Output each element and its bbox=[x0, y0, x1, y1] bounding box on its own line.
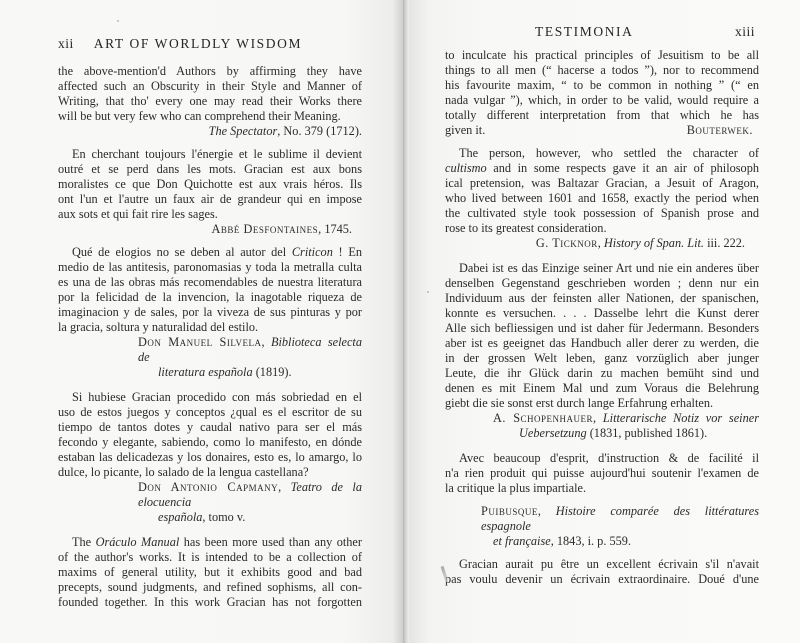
text-line: his favourite maxim, “ to be common in n… bbox=[445, 78, 759, 93]
text-fragment: ! En bbox=[333, 245, 362, 259]
text-line: medio de las antitesis, paronomasias y t… bbox=[58, 260, 362, 275]
text-line: la critique la plus impartiale. bbox=[445, 481, 759, 496]
text-line: aber ist es geeignet das Handbuch aller … bbox=[445, 336, 759, 351]
text-line: nada vulgar ”), which, in order to be va… bbox=[445, 93, 759, 108]
running-head-title-right: TESTIMONIA bbox=[535, 24, 634, 40]
paragraph-puibusque: Avec beaucoup d'esprit, d'instruction & … bbox=[445, 451, 759, 496]
citation-silvela: Don Manuel Silvela, Biblioteca selecta d… bbox=[58, 335, 362, 380]
citation-source-title: The Spectator bbox=[209, 124, 278, 138]
left-page: xiiART OF WORLDLY WISDOM the above-menti… bbox=[0, 0, 405, 643]
citation-source-title: literatura española bbox=[158, 365, 253, 379]
text-fragment: The bbox=[72, 535, 96, 549]
text-line: es una de las obras más recomendables de… bbox=[58, 275, 362, 290]
citation-puibusque: Puibusque, Histoire comparée des littéra… bbox=[445, 504, 759, 549]
text-line: por la felicidad de la invencion, la ina… bbox=[58, 290, 362, 305]
citation-source-detail: (1831, published 1861). bbox=[587, 426, 708, 440]
citation-source-detail: , 1745. bbox=[318, 222, 352, 236]
text-line: tiempo de tantos dotes y caudal nativo p… bbox=[58, 420, 362, 435]
citation-desfontaines: Abbé Desfontaines, 1745. bbox=[58, 222, 362, 237]
citation-source-title: española bbox=[158, 510, 202, 524]
citation-author: A. Schopenhauer bbox=[493, 411, 593, 425]
citation-source-title: Litterarische Notiz vor seiner bbox=[603, 411, 759, 425]
text-line: En cherchant toujours l'énergie et le su… bbox=[58, 147, 362, 162]
citation-spectator: The Spectator, No. 379 (1712). bbox=[58, 124, 362, 139]
right-running-head: TESTIMONIA xiii bbox=[445, 24, 759, 42]
citation-source-detail: iii. 222. bbox=[704, 236, 745, 250]
text-line: estaban las delicadezas y los donaires, … bbox=[58, 450, 362, 465]
citation-source-detail: (1819). bbox=[253, 365, 292, 379]
citation-source-detail: , tomo v. bbox=[202, 510, 245, 524]
text-line: totally different interpretation from th… bbox=[445, 108, 759, 123]
text-line: n'a rien produit qui puisse aujourd'hui … bbox=[445, 466, 759, 481]
citation-schopenhauer: A. Schopenhauer, Litterarische Notiz vor… bbox=[445, 411, 759, 441]
citation-source-title: Uebersetzung bbox=[519, 426, 587, 440]
citation-author: G. Ticknor bbox=[536, 236, 598, 250]
paragraph-spectator: the above-mention'd Authors by affirming… bbox=[58, 64, 362, 124]
text-line: imaginacion y de sales, por la viveza de… bbox=[58, 305, 362, 320]
citation-source-detail: , No. 379 (1712). bbox=[277, 124, 362, 138]
paragraph-ticknor: The person, however, who settled the cha… bbox=[445, 146, 759, 236]
text-line: Writing, that tho' every one may read th… bbox=[58, 94, 362, 109]
term-italic: cultismo bbox=[445, 161, 487, 175]
right-page: TESTIMONIA xiii to inculcate his practic… bbox=[409, 0, 800, 643]
text-line: the cultivated style took possession of … bbox=[445, 206, 759, 221]
text-fragment: given it. bbox=[445, 123, 485, 138]
text-line: founded together. In this work Gracian h… bbox=[58, 595, 362, 610]
text-line: to inculcate his practical principles of… bbox=[445, 48, 759, 63]
text-line: denen es mit Einem Mal und zum Voraus di… bbox=[445, 381, 759, 396]
text-line: konnte es versuchen. . . . Dasselbe lehr… bbox=[445, 306, 759, 321]
text-line: moralistes ce que Don Quichotte est aux … bbox=[58, 177, 362, 192]
text-line: giebt die sie sonst erst durch lange Erf… bbox=[445, 396, 759, 411]
text-line: dulce, lo picante, lo salado de la lengu… bbox=[58, 465, 362, 480]
paper-speck bbox=[427, 291, 429, 293]
text-line: Si hubiese Gracian procedido con más sob… bbox=[58, 390, 362, 405]
text-line: outré et se perd dans les mots. Gracian … bbox=[58, 162, 362, 177]
text-line: precepts, sound judgments, and refined s… bbox=[58, 580, 362, 595]
citation-author: Bouterwek. bbox=[687, 123, 753, 138]
left-text-column: the above-mention'd Authors by affirming… bbox=[58, 64, 362, 610]
citation-ticknor: G. Ticknor, History of Span. Lit. iii. 2… bbox=[445, 236, 759, 251]
page-number-left: xii bbox=[58, 36, 74, 51]
citation-author: Don Antonio Capmany bbox=[138, 480, 278, 494]
text-line: ont l'un et l'autre un faux air de grand… bbox=[58, 192, 362, 207]
book-title-italic: Oráculo Manual bbox=[96, 535, 180, 549]
text-line: aux sots et qui fait rire les sages. bbox=[58, 207, 362, 222]
text-line: of the author's works. It is intended to… bbox=[58, 550, 362, 565]
text-fragment: and in some respects gave it an air of p… bbox=[487, 161, 759, 175]
running-head-title-left: ART OF WORLDLY WISDOM bbox=[94, 36, 302, 51]
text-line: Dabei ist es das Einzige seiner Art und … bbox=[445, 261, 759, 276]
right-text-column: to inculcate his practical principles of… bbox=[445, 48, 759, 587]
citation-capmany: Don Antonio Capmany, Teatro de la elocue… bbox=[58, 480, 362, 525]
text-line: ical pretension, was Baltazar Gracian, a… bbox=[445, 176, 759, 191]
text-line: things to all men (“ hacerse a todos ”),… bbox=[445, 63, 759, 78]
text-line: the above-mention'd Authors by affirming… bbox=[58, 64, 362, 79]
text-line: uso de estos juegos y conceptos ¿qual es… bbox=[58, 405, 362, 420]
page-number-right: xiii bbox=[735, 24, 755, 40]
text-fragment: has been more used than any other bbox=[179, 535, 362, 549]
citation-author: Puibusque bbox=[481, 504, 538, 518]
text-line: denselben Gegenstand geschrieben worden … bbox=[445, 276, 759, 291]
text-line: will be but very few who can comprehend … bbox=[58, 109, 362, 124]
paragraph-gracian-ecrivain: Gracian aurait pu être un excellent écri… bbox=[445, 557, 759, 587]
text-line: The person, however, who settled the cha… bbox=[445, 146, 759, 161]
text-line: affected such an Obscurity in their Styl… bbox=[58, 79, 362, 94]
paragraph-silvela: Qué de elogios no se deben al autor del … bbox=[58, 245, 362, 335]
citation-author: Don Manuel Silvela bbox=[138, 335, 262, 349]
citation-source-detail: , 1843, i. p. 559. bbox=[551, 534, 631, 548]
book-title-italic: Criticon bbox=[292, 245, 333, 259]
citation-author: Abbé Desfontaines bbox=[212, 222, 319, 236]
text-fragment: Qué de elogios no se deben al autor del bbox=[72, 245, 292, 259]
text-line: fecondo y elegante, sabiendo, como lo ma… bbox=[58, 435, 362, 450]
text-line: pas voulu devenir un écrivain extraordin… bbox=[445, 572, 759, 587]
text-line: Individuum aus der feinsten aller Nation… bbox=[445, 291, 759, 306]
paragraph-desfontaines: En cherchant toujours l'énergie et le su… bbox=[58, 147, 362, 222]
text-line: Gracian aurait pu être un excellent écri… bbox=[445, 557, 759, 572]
book-spread: xiiART OF WORLDLY WISDOM the above-menti… bbox=[0, 0, 800, 643]
paragraph-schopenhauer: Dabei ist es das Einzige seiner Art und … bbox=[445, 261, 759, 411]
text-line: maxims of general utility, but it exhibi… bbox=[58, 565, 362, 580]
text-line: la gracia, soltura y naturalidad del est… bbox=[58, 320, 362, 335]
paper-speck bbox=[117, 20, 119, 22]
text-line: Leute, die ihr Glück darin zu machen bem… bbox=[445, 366, 759, 381]
text-line: Alle sich befliessigen und ist daher für… bbox=[445, 321, 759, 336]
citation-source-title: et française bbox=[493, 534, 551, 548]
citation-source-title: History of Span. Lit. bbox=[604, 236, 704, 250]
left-running-head: xiiART OF WORLDLY WISDOM bbox=[58, 36, 368, 52]
paragraph-capmany: Si hubiese Gracian procedido con más sob… bbox=[58, 390, 362, 480]
text-line: rose to its greatest consideration. bbox=[445, 221, 759, 236]
text-line: who lived between 1601 and 1658, exactly… bbox=[445, 191, 759, 206]
text-line: Avec beaucoup d'esprit, d'instruction & … bbox=[445, 451, 759, 466]
text-line: in der grossen Welt leben, ganz vorzügli… bbox=[445, 351, 759, 366]
paragraph-bouterwek: to inculcate his practical principles of… bbox=[445, 48, 759, 138]
paragraph-oraculo-manual: The Oráculo Manual has been more used th… bbox=[58, 535, 362, 610]
